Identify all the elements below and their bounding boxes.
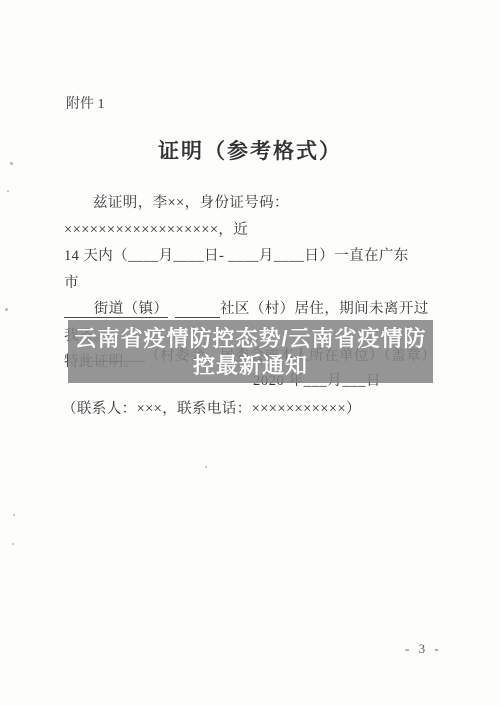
- community-blank-underlined: [175, 301, 220, 318]
- scanned-document-page: 附件 1 证明（参考格式） 兹证明，李××，身份证号码：××××××××××××…: [0, 0, 500, 706]
- document-title: 证明（参考格式）: [0, 135, 500, 165]
- banner-title-line-2: 控最新通知: [193, 352, 308, 379]
- scan-speck: [10, 162, 13, 165]
- scan-speck: [205, 466, 207, 468]
- street-blank-underlined: 街道（镇）: [64, 301, 168, 318]
- watermark-overlay-banner: 云南省疫情防控态势/云南省疫情防 控最新通知: [68, 320, 433, 383]
- attachment-label: 附件 1: [66, 93, 105, 113]
- scan-speck: [13, 514, 15, 516]
- scan-speck: [7, 190, 9, 192]
- banner-title-line-1: 云南省疫情防控态势/云南省疫情防: [74, 325, 426, 352]
- scan-speck: [5, 308, 8, 311]
- contact-info-line: （联系人：×××，联系电话：×××××××××××）: [62, 397, 361, 418]
- scan-speck: [12, 543, 14, 545]
- body-line-certify: 兹证明，李××，身份证号码：××××××××××××××××××，近: [64, 190, 440, 243]
- page-number: - 3 -: [405, 641, 442, 657]
- body-line-dates: 14 天内（____月____日- ____月____日）一直在广东 市: [64, 243, 440, 296]
